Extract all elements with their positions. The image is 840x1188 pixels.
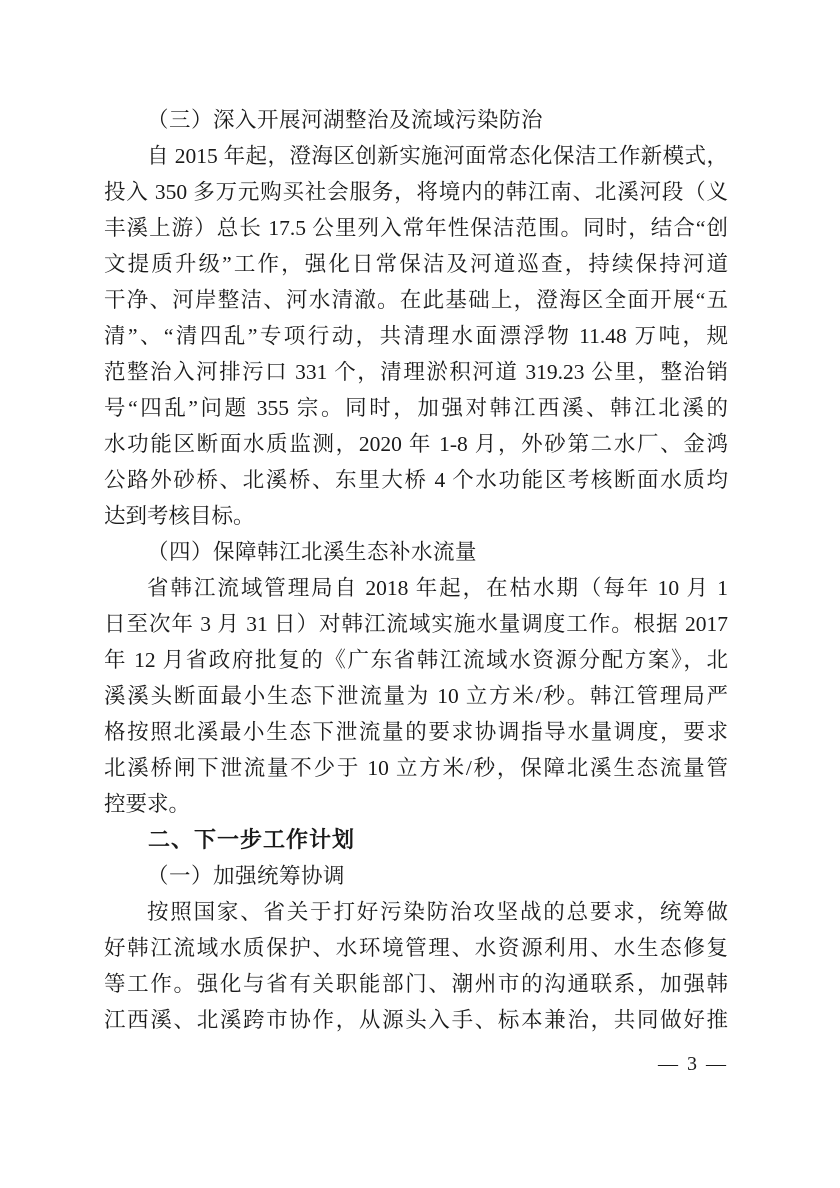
paragraph-2-line-6: 北溪桥闸下泄流量不少于 10 立方米/秒，保障北溪生态流量管 [104,750,728,786]
paragraph-1-line-3: 丰溪上游）总长 17.5 公里列入常年性保洁范围。同时，结合“创 [104,210,728,246]
paragraph-3-line-1: 按照国家、省关于打好污染防治攻坚战的总要求，统筹做 [104,894,728,930]
paragraph-1-line-9: 水功能区断面水质监测，2020 年 1-8 月，外砂第二水厂、金鸿 [104,426,728,462]
paragraph-3-line-2: 好韩江流域水质保护、水环境管理、水资源利用、水生态修复 [104,930,728,966]
paragraph-2-line-4: 溪溪头断面最小生态下泄流量为 10 立方米/秒。韩江管理局严 [104,678,728,714]
paragraph-1-line-5: 干净、河岸整洁、河水清澈。在此基础上，澄海区全面开展“五 [104,282,728,318]
paragraph-3-line-3: 等工作。强化与省有关职能部门、潮州市的沟通联系，加强韩 [104,966,728,1002]
document-body: （三）深入开展河湖整治及流域污染防治 自 2015 年起，澄海区创新实施河面常态… [104,102,728,1038]
paragraph-2-line-7: 控要求。 [104,786,728,822]
paragraph-1-line-11: 达到考核目标。 [104,498,728,534]
paragraph-1-line-6: 清”、“清四乱”专项行动，共清理水面漂浮物 11.48 万吨，规 [104,318,728,354]
page-footer: — 3 — [104,1050,728,1078]
paragraph-1-line-4: 文提质升级”工作，强化日常保洁及河道巡查，持续保持河道 [104,246,728,282]
page-number: — 3 — [658,1053,728,1075]
paragraph-1-line-1: 自 2015 年起，澄海区创新实施河面常态化保洁工作新模式， [104,138,728,174]
paragraph-1-line-10: 公路外砂桥、北溪桥、东里大桥 4 个水功能区考核断面水质均 [104,462,728,498]
paragraph-2-line-5: 格按照北溪最小生态下泄流量的要求协调指导水量调度，要求 [104,714,728,750]
chapter-heading-2: 二、下一步工作计划 [104,822,728,858]
paragraph-2-line-2: 日至次年 3 月 31 日）对韩江流域实施水量调度工作。根据 2017 [104,606,728,642]
document-page: （三）深入开展河湖整治及流域污染防治 自 2015 年起，澄海区创新实施河面常态… [0,0,840,1188]
section-heading-3: （三）深入开展河湖整治及流域污染防治 [104,102,728,138]
paragraph-1-line-7: 范整治入河排污口 331 个，清理淤积河道 319.23 公里，整治销 [104,354,728,390]
paragraph-1-line-8: 号“四乱”问题 355 宗。同时，加强对韩江西溪、韩江北溪的 [104,390,728,426]
paragraph-2-line-1: 省韩江流域管理局自 2018 年起，在枯水期（每年 10 月 1 [104,570,728,606]
paragraph-3-line-4: 江西溪、北溪跨市协作，从源头入手、标本兼治，共同做好推 [104,1002,728,1038]
section-heading-4: （四）保障韩江北溪生态补水流量 [104,534,728,570]
section-heading-1: （一）加强统筹协调 [104,858,728,894]
paragraph-1-line-2: 投入 350 多万元购买社会服务，将境内的韩江南、北溪河段（义 [104,174,728,210]
paragraph-2-line-3: 年 12 月省政府批复的《广东省韩江流域水资源分配方案》，北 [104,642,728,678]
